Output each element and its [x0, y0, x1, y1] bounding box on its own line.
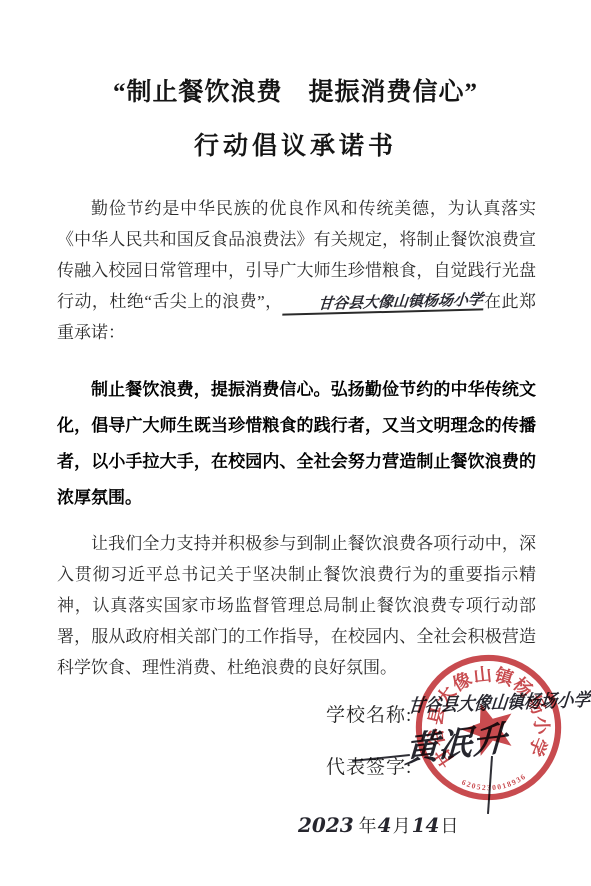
handwritten-school-name-inline: 甘谷县大像山镇杨场小学: [282, 290, 485, 315]
document-page: “制止餐饮浪费 提振消费信心” 行动倡议承诺书 勤俭节约是中华民族的优良作风和传…: [0, 0, 591, 886]
paragraph-opening: 勤俭节约是中华民族的优良作风和传统美德，为认真落实《中华人民共和国反食品浪费法》…: [57, 193, 536, 348]
date-month-unit: 月: [393, 816, 411, 836]
date-year: 2023: [298, 813, 354, 837]
document-title-line1: “制止餐饮浪费 提振消费信心”: [0, 72, 591, 108]
date-year-unit: 年: [359, 816, 377, 836]
date-day-unit: 日: [440, 816, 458, 836]
paragraph-pledge-bold: 制止餐饮浪费，提振消费信心。弘扬勤俭节约的中华传统文化，倡导广大师生既当珍惜粮食…: [57, 372, 536, 516]
date-day: 14: [412, 813, 440, 837]
date-month: 4: [378, 813, 392, 837]
document-title-line2: 行动倡议承诺书: [0, 126, 591, 162]
school-name-label: 学校名称:: [326, 700, 412, 727]
date-line: 2023年4月14日: [298, 812, 459, 838]
document-body: 勤俭节约是中华民族的优良作风和传统美德，为认真落实《中华人民共和国反食品浪费法》…: [57, 193, 536, 683]
